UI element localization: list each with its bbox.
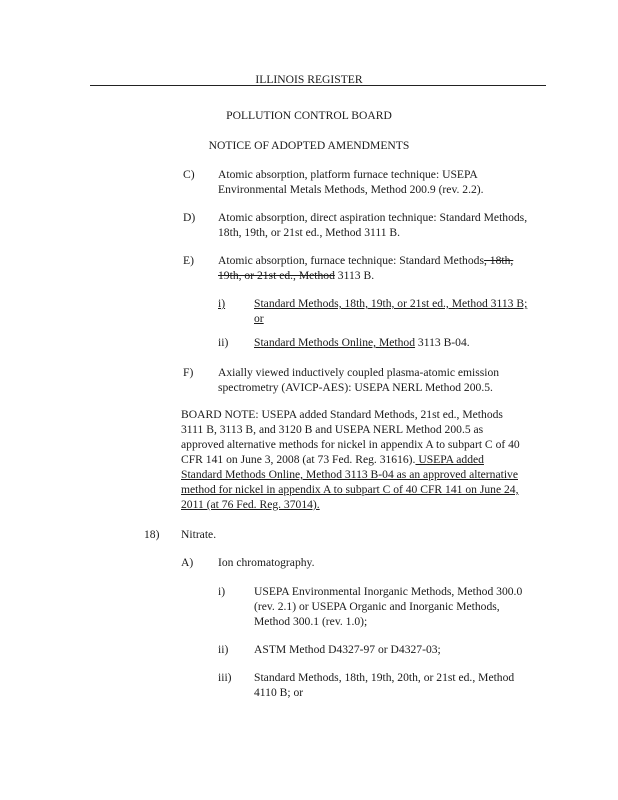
item-e-i-label: i) <box>218 296 254 311</box>
board-note-line4: CFR 141 on June 3, 2008 (at 73 Fed. Reg.… <box>181 452 484 467</box>
section-18-a-iii-line1: Standard Methods, 18th, 19th, 20th, or 2… <box>254 670 514 685</box>
section-18-a-i-label: i) <box>218 584 225 599</box>
item-f-label: F) <box>183 365 193 380</box>
section-18-a-iii-label: iii) <box>218 670 232 685</box>
item-d-line2: 18th, 19th, or 21st ed., Method 3111 B. <box>218 225 400 240</box>
item-e-line1-plain: Atomic absorption, furnace technique: <box>218 254 399 267</box>
item-e-ii-text: Standard Methods Online, Method 3113 B-0… <box>254 335 470 350</box>
item-e-line1: Atomic absorption, furnace technique: St… <box>218 253 513 268</box>
section-18-a-ii-label: ii) <box>218 642 228 657</box>
item-e-line1-struck: , 18th, <box>484 254 513 267</box>
section-18-a-iii-line2: 4110 B; or <box>254 685 303 700</box>
board-note-line6: method for nickel in appendix A to subpa… <box>181 482 518 497</box>
board-note-line1: BOARD NOTE: USEPA added Standard Methods… <box>181 407 503 422</box>
item-e-line2-struck: 19th, or 21st ed., Method <box>218 269 335 282</box>
section-18-label: 18) <box>144 527 159 542</box>
item-d-line1: Atomic absorption, direct aspiration tec… <box>218 210 527 225</box>
board-note-line7: 2011 (at 76 Fed. Reg. 37014). <box>181 497 320 512</box>
section-18-a-i-line2: (rev. 2.1) or USEPA Organic and Inorgani… <box>254 599 500 614</box>
notice-title: NOTICE OF ADOPTED AMENDMENTS <box>0 138 618 153</box>
board-note-line4-underlined: USEPA added <box>415 453 484 466</box>
item-f-line2: spectrometry (AVICP-AES): USEPA NERL Met… <box>218 380 493 395</box>
section-18-a-i-line1: USEPA Environmental Inorganic Methods, M… <box>254 584 522 599</box>
section-18-a-ii-line1: ASTM Method D4327-97 or D4327-03; <box>254 642 441 657</box>
section-18-a-i-line3: Method 300.1 (rev. 1.0); <box>254 614 367 629</box>
item-e-ii-plain: 3113 B-04. <box>415 336 470 349</box>
board-note-line2: 3111 B, 3113 B, and 3120 B and USEPA NER… <box>181 422 483 437</box>
item-e-ii-label: ii) <box>218 335 228 350</box>
item-f-line1: Axially viewed inductively coupled plasm… <box>218 365 499 380</box>
item-c-label: C) <box>183 167 195 182</box>
agency-title: POLLUTION CONTROL BOARD <box>0 108 618 123</box>
item-e-line1-kept: Standard Methods <box>399 254 484 267</box>
section-18-a-label: A) <box>181 555 193 570</box>
item-e-i-line1: Standard Methods, 18th, 19th, or 21st ed… <box>254 296 527 311</box>
section-18-a-title: Ion chromatography. <box>218 555 314 570</box>
board-note-line5: Standard Methods Online, Method 3113 B-0… <box>181 467 518 482</box>
item-c-line2: Environmental Metals Methods, Method 200… <box>218 182 484 197</box>
item-e-ii-underlined: Standard Methods Online, Method <box>254 336 415 349</box>
board-note-line4-plain: CFR 141 on June 3, 2008 (at 73 Fed. Reg.… <box>181 453 415 466</box>
item-c-line1: Atomic absorption, platform furnace tech… <box>218 167 478 182</box>
item-e-i-line2: or <box>254 311 264 326</box>
board-note-line3: approved alternative methods for nickel … <box>181 437 520 452</box>
item-d-label: D) <box>183 210 195 225</box>
register-title: ILLINOIS REGISTER <box>0 72 618 87</box>
item-e-line2: 19th, or 21st ed., Method 3113 B. <box>218 268 374 283</box>
item-e-label: E) <box>183 253 194 268</box>
section-18-title: Nitrate. <box>181 527 216 542</box>
item-e-line2-plain: 3113 B. <box>335 269 374 282</box>
